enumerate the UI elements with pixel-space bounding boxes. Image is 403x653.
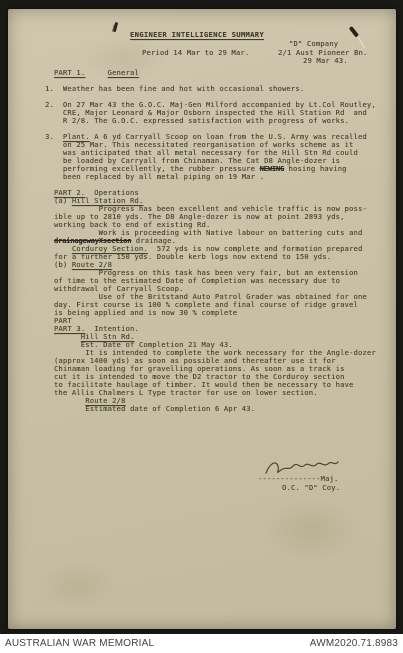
period-line: Period 14 Mar to 29 Mar. <box>142 49 249 57</box>
document-page: ENGINEER INTELLIGENCE SUMMARY "D" Compan… <box>8 9 396 629</box>
document-body: PART 1. General 1. Weather has been fine… <box>45 69 393 413</box>
document-text-line: 1. Weather has been fine and hot with oc… <box>45 85 393 93</box>
document-text-line: Estimated date of Completion 6 Apr 43. <box>45 405 393 413</box>
document-text-line: is being applied and is now 30 % complet… <box>45 309 393 317</box>
document-text-line: R 2/8. The G.O.C. expressed satisfaction… <box>45 117 393 125</box>
signature-dashes: -------------- <box>258 474 321 483</box>
paper-crease <box>357 36 365 49</box>
date-line: 29 Mar 43. <box>303 57 348 65</box>
record-image-view: ENGINEER INTELLIGENCE SUMMARY "D" Compan… <box>0 0 403 653</box>
company-line: "D" Company <box>289 40 338 48</box>
accession-number: AWM2020.71.8983 <box>310 638 398 649</box>
paper-tear-mark <box>113 22 118 32</box>
document-title: ENGINEER INTELLIGENCE SUMMARY <box>130 31 264 39</box>
signature-block: --------------Maj. O.C. "D" Coy. <box>256 455 386 497</box>
document-photo: ENGINEER INTELLIGENCE SUMMARY "D" Compan… <box>0 0 403 634</box>
signature-unit: O.C. "D" Coy. <box>282 484 340 492</box>
institution-name: AUSTRALIAN WAR MEMORIAL <box>5 638 154 649</box>
signature-line: --------------Maj. <box>258 475 338 483</box>
document-text-line: been replaced by all metal piping on 19 … <box>45 173 393 181</box>
catalogue-bar: AUSTRALIAN WAR MEMORIAL AWM2020.71.8983 <box>0 634 403 653</box>
signature-rank: Maj. <box>321 474 339 483</box>
document-text-line: PART 1. General <box>45 69 393 77</box>
